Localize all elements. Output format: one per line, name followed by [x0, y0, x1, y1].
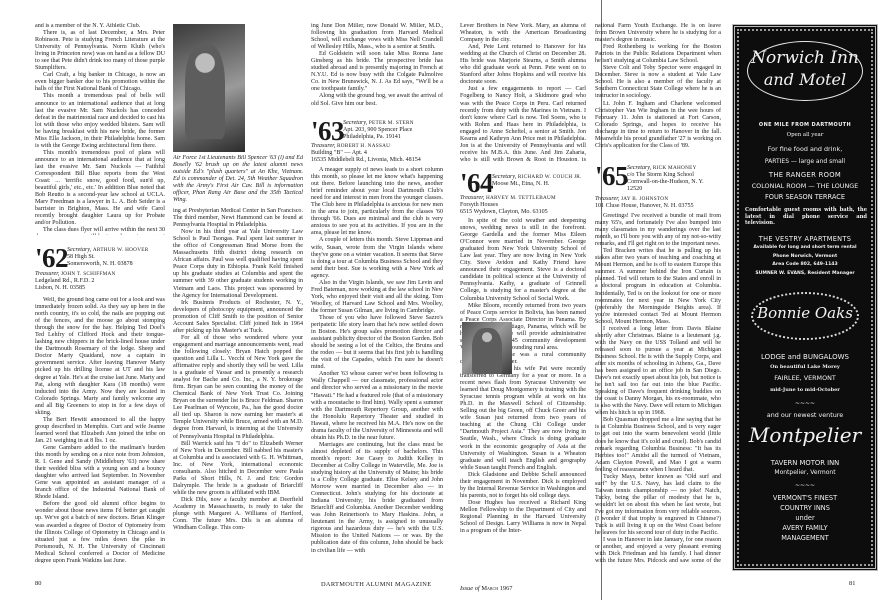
- ad-finest-5: MANAGEMENT: [735, 534, 875, 542]
- class-treasurer: Treasurer, HARVEY M. TETTLEBAUM Forsyth …: [460, 195, 556, 216]
- column-5-bottom: Greetings! I've received a bundle of mai…: [595, 213, 721, 563]
- class-header-65: '65 Secretary, RICK MAHONEY c/o The Stor…: [595, 163, 721, 213]
- paragraph: Also in the Virgin Islands, we saw Jim L…: [311, 280, 443, 315]
- paragraph: This month's tremendous pool of plans wi…: [35, 150, 165, 228]
- paragraph: For all of those who wondered where your…: [173, 335, 303, 441]
- paragraph: Dick Gladstone and Debbie Schell announc…: [460, 472, 586, 500]
- paragraph: There is, as of last December, a Mrs. Pe…: [35, 30, 165, 72]
- class-year: '64: [460, 170, 493, 197]
- ad-fairlee: FAIRLEE, VERMONT: [735, 374, 875, 382]
- ad-newest: and our newest venture: [735, 411, 875, 419]
- class-secretary: Secretary, RICK MAHONEY c/o The Storm Ki…: [627, 165, 704, 193]
- ad-manager: SUMNER W. EVANS, Resident Manager: [735, 271, 875, 276]
- column-4-top: Lever Brothers in New York. Mary, an alu…: [460, 23, 586, 161]
- paragraph: Another '63 whose career we've been foll…: [311, 371, 443, 441]
- paragraph: Now in his third year at Yale University…: [173, 229, 303, 299]
- page-number-right: 81: [849, 580, 855, 587]
- ad-room-colonial: COLONIAL ROOM — THE LOUNGE: [735, 182, 875, 190]
- column-3-bottom: A meager supply of news leads to a short…: [311, 167, 443, 563]
- paragraph: Carl Craft, a big banker in Chicago, is …: [35, 72, 165, 93]
- column-1-top: and is a member of the N. Y. Athletic Cl…: [35, 23, 165, 235]
- issue-label: Issue of March 1967: [460, 585, 513, 592]
- paragraph: Lt. John F. Ingham and Charlene welcomed…: [595, 101, 721, 150]
- paragraph: Tucky Mays, better known as "Old surf an…: [595, 474, 721, 537]
- paragraph: Bill Martin and his wife Pat were recent…: [460, 366, 586, 472]
- class-header-62: '62 Secretary, ARTHUR W. HOOVER 58 High …: [35, 245, 165, 293]
- paragraph: Those of you who have followed Steve Saz…: [311, 315, 443, 371]
- class-treasurer: Treasurer, ROBERT H. NASSAU Building "B"…: [311, 143, 421, 164]
- paragraph: I received a long letter from Davis Blai…: [595, 326, 721, 418]
- ad-divider-2: ~~~~: [735, 482, 875, 489]
- paragraph: Lever Brothers in New York. Mary, an alu…: [460, 23, 586, 44]
- ad-rental: Available for long and short term rental: [735, 245, 875, 250]
- page-number-left: 80: [35, 580, 41, 587]
- paragraph: Before the good old alumni office begins…: [35, 501, 165, 563]
- paragraph: Ted Bracken writes that he is pulling up…: [595, 248, 721, 326]
- paragraph: Irk Businnis Products of Rochester, N. Y…: [173, 300, 303, 335]
- ad-finest-2: COUNTRY INNS: [735, 504, 875, 512]
- paragraph: The class dues flyer will arrive within …: [35, 227, 165, 235]
- paragraph: and is a member of the N. Y. Athletic Cl…: [35, 23, 165, 30]
- paragraph: Well, the ground hog came out for a look…: [35, 297, 165, 417]
- ad-parties: PARTIES — large and small: [735, 158, 875, 165]
- paragraph: Ed Goldstein will soon take Miss Ronna J…: [311, 51, 443, 93]
- ad-lake: On beautiful Lake Morey: [735, 364, 875, 370]
- ad-room-terrace: FOUR SEASON TERRACE: [735, 193, 875, 201]
- photo-mike-bloom: [462, 322, 512, 374]
- ad-vestry: THE VESTRY APARTMENTS: [735, 235, 875, 243]
- class-secretary: Secretary, RICHARD W. COUCH JR. Moose Mt…: [492, 174, 582, 188]
- class-treasurer: Treasurer, JAY B. JOHNSTON 101 Cluse Hou…: [595, 196, 694, 210]
- ad-food: For fine food and drink,: [735, 145, 875, 153]
- paragraph: ing June Don Miller, now Donald W. Mille…: [311, 23, 443, 51]
- ad-phone-1: Phone Norwich, Vermont: [735, 254, 875, 259]
- paragraph: Along with the ground hog, we await the …: [311, 93, 443, 107]
- paragraph: Dose Hughes has received a Richard King …: [460, 500, 586, 535]
- paragraph: And, Pete Lent returned to Hanover for h…: [460, 44, 586, 86]
- class-secretary: Secretary, PETER M. STERN Apt. 203, 900 …: [343, 120, 414, 141]
- column-5-top: national Farm Youth Exchange. He is on l…: [595, 23, 721, 151]
- portrait-figure: [472, 328, 502, 374]
- paragraph: Just a few engagements to report — Carl …: [460, 86, 586, 161]
- column-2-body: ing at Presbyterian Medical Center in Sa…: [173, 208, 303, 563]
- class-treasurer: Treasurer, JOHN T. SCHIFFMAN Ledgeland R…: [35, 271, 116, 292]
- photo-caption: Air Force 1st Lieutenants Bill Spencer '…: [173, 155, 303, 205]
- ad-finest-3: under: [735, 514, 875, 522]
- ad-distance: ONE MILE FROM DARTMOUTH: [735, 122, 875, 128]
- paragraph: Fred Rothenberg is working for the Bosto…: [595, 44, 721, 65]
- ad-title-montpelier: Montpelier: [735, 423, 875, 447]
- ad-title-bonnie-oaks: Bonnie Oaks: [735, 304, 875, 322]
- ad-finest-1: VERMONT'S FINEST: [735, 494, 875, 502]
- column-3-top: ing June Don Miller, now Donald W. Mille…: [311, 23, 443, 108]
- paragraph: I was in Hanover in late January, for on…: [595, 537, 721, 563]
- paragraph: Dick Dils, now a faculty member at Deerf…: [173, 497, 303, 532]
- paragraph: ing at Presbyterian Medical Center in Sa…: [173, 208, 303, 229]
- paragraph: Bob Quasman dropped me a line saying tha…: [595, 417, 721, 473]
- class-year: '63: [311, 118, 344, 145]
- paragraph: national Farm Youth Exchange. He is on l…: [595, 23, 721, 44]
- ad-tavern: TAVERN MOTOR INN: [735, 459, 875, 467]
- ad-room-ranger: THE RANGER ROOM: [735, 171, 875, 179]
- paragraph: A meager supply of news leads to a short…: [311, 167, 443, 237]
- ad-title-norwich: Norwich Inn: [735, 49, 875, 68]
- paragraph: A couple of letters this month. Steve Li…: [311, 237, 443, 279]
- photo-vietnam-alumni: [173, 24, 245, 152]
- paragraph: Marriages are continuing, but the class …: [311, 442, 443, 555]
- ad-guest-rooms: Comfortable guest rooms with bath, the l…: [745, 207, 867, 227]
- magazine-name: DARTMOUTH ALUMNI MAGAZINE: [321, 581, 431, 588]
- paragraph: In spite of the cold weather and deepeni…: [460, 218, 586, 303]
- paragraph: Greetings! I've received a bundle of mai…: [595, 213, 721, 248]
- ad-finest-4: AVERY FAMILY: [735, 524, 875, 532]
- class-secretary: Secretary, ARTHUR W. HOOVER 58 High St. …: [67, 247, 149, 268]
- ad-title-motel: and Motel: [735, 71, 875, 89]
- ad-season: mid-June to mid-October: [735, 387, 875, 393]
- ad-phone-2: Area Code 802, 649-1143: [735, 262, 875, 267]
- class-header-63: '63 Secretary, PETER M. STERN Apt. 203, …: [311, 118, 443, 168]
- ad-montpelier-location: Montpelier, Vermont: [735, 469, 875, 476]
- ad-open: Open all year: [735, 132, 875, 138]
- column-1-bottom: Well, the ground hog came out for a look…: [35, 297, 165, 563]
- paragraph: Gene Gambaro added to the mailman's burd…: [35, 445, 165, 501]
- ad-lodge: LODGE and BUNGALOWS: [735, 353, 875, 361]
- paragraph: Bill Warrick said his "I do" to Elizabet…: [173, 441, 303, 497]
- advertisement-norwich-inn: Norwich Inn and Motel ONE MILE FROM DART…: [732, 24, 878, 571]
- class-year: '62: [35, 245, 68, 272]
- paragraph: This month a tremendous peal of bells wi…: [35, 93, 165, 149]
- class-year: '65: [595, 163, 628, 190]
- soldier-figure: [185, 44, 225, 139]
- paragraph: The Bert Hewitt announced to all the hap…: [35, 417, 165, 445]
- column-4-bottom: In spite of the cold weather and deepeni…: [460, 218, 586, 563]
- paragraph: Steve Colt and Toby Spector were engaged…: [595, 65, 721, 100]
- ad-divider: ~~~~: [735, 400, 875, 407]
- class-header-64: '64 Secretary, RICHARD W. COUCH JR. Moos…: [460, 170, 586, 220]
